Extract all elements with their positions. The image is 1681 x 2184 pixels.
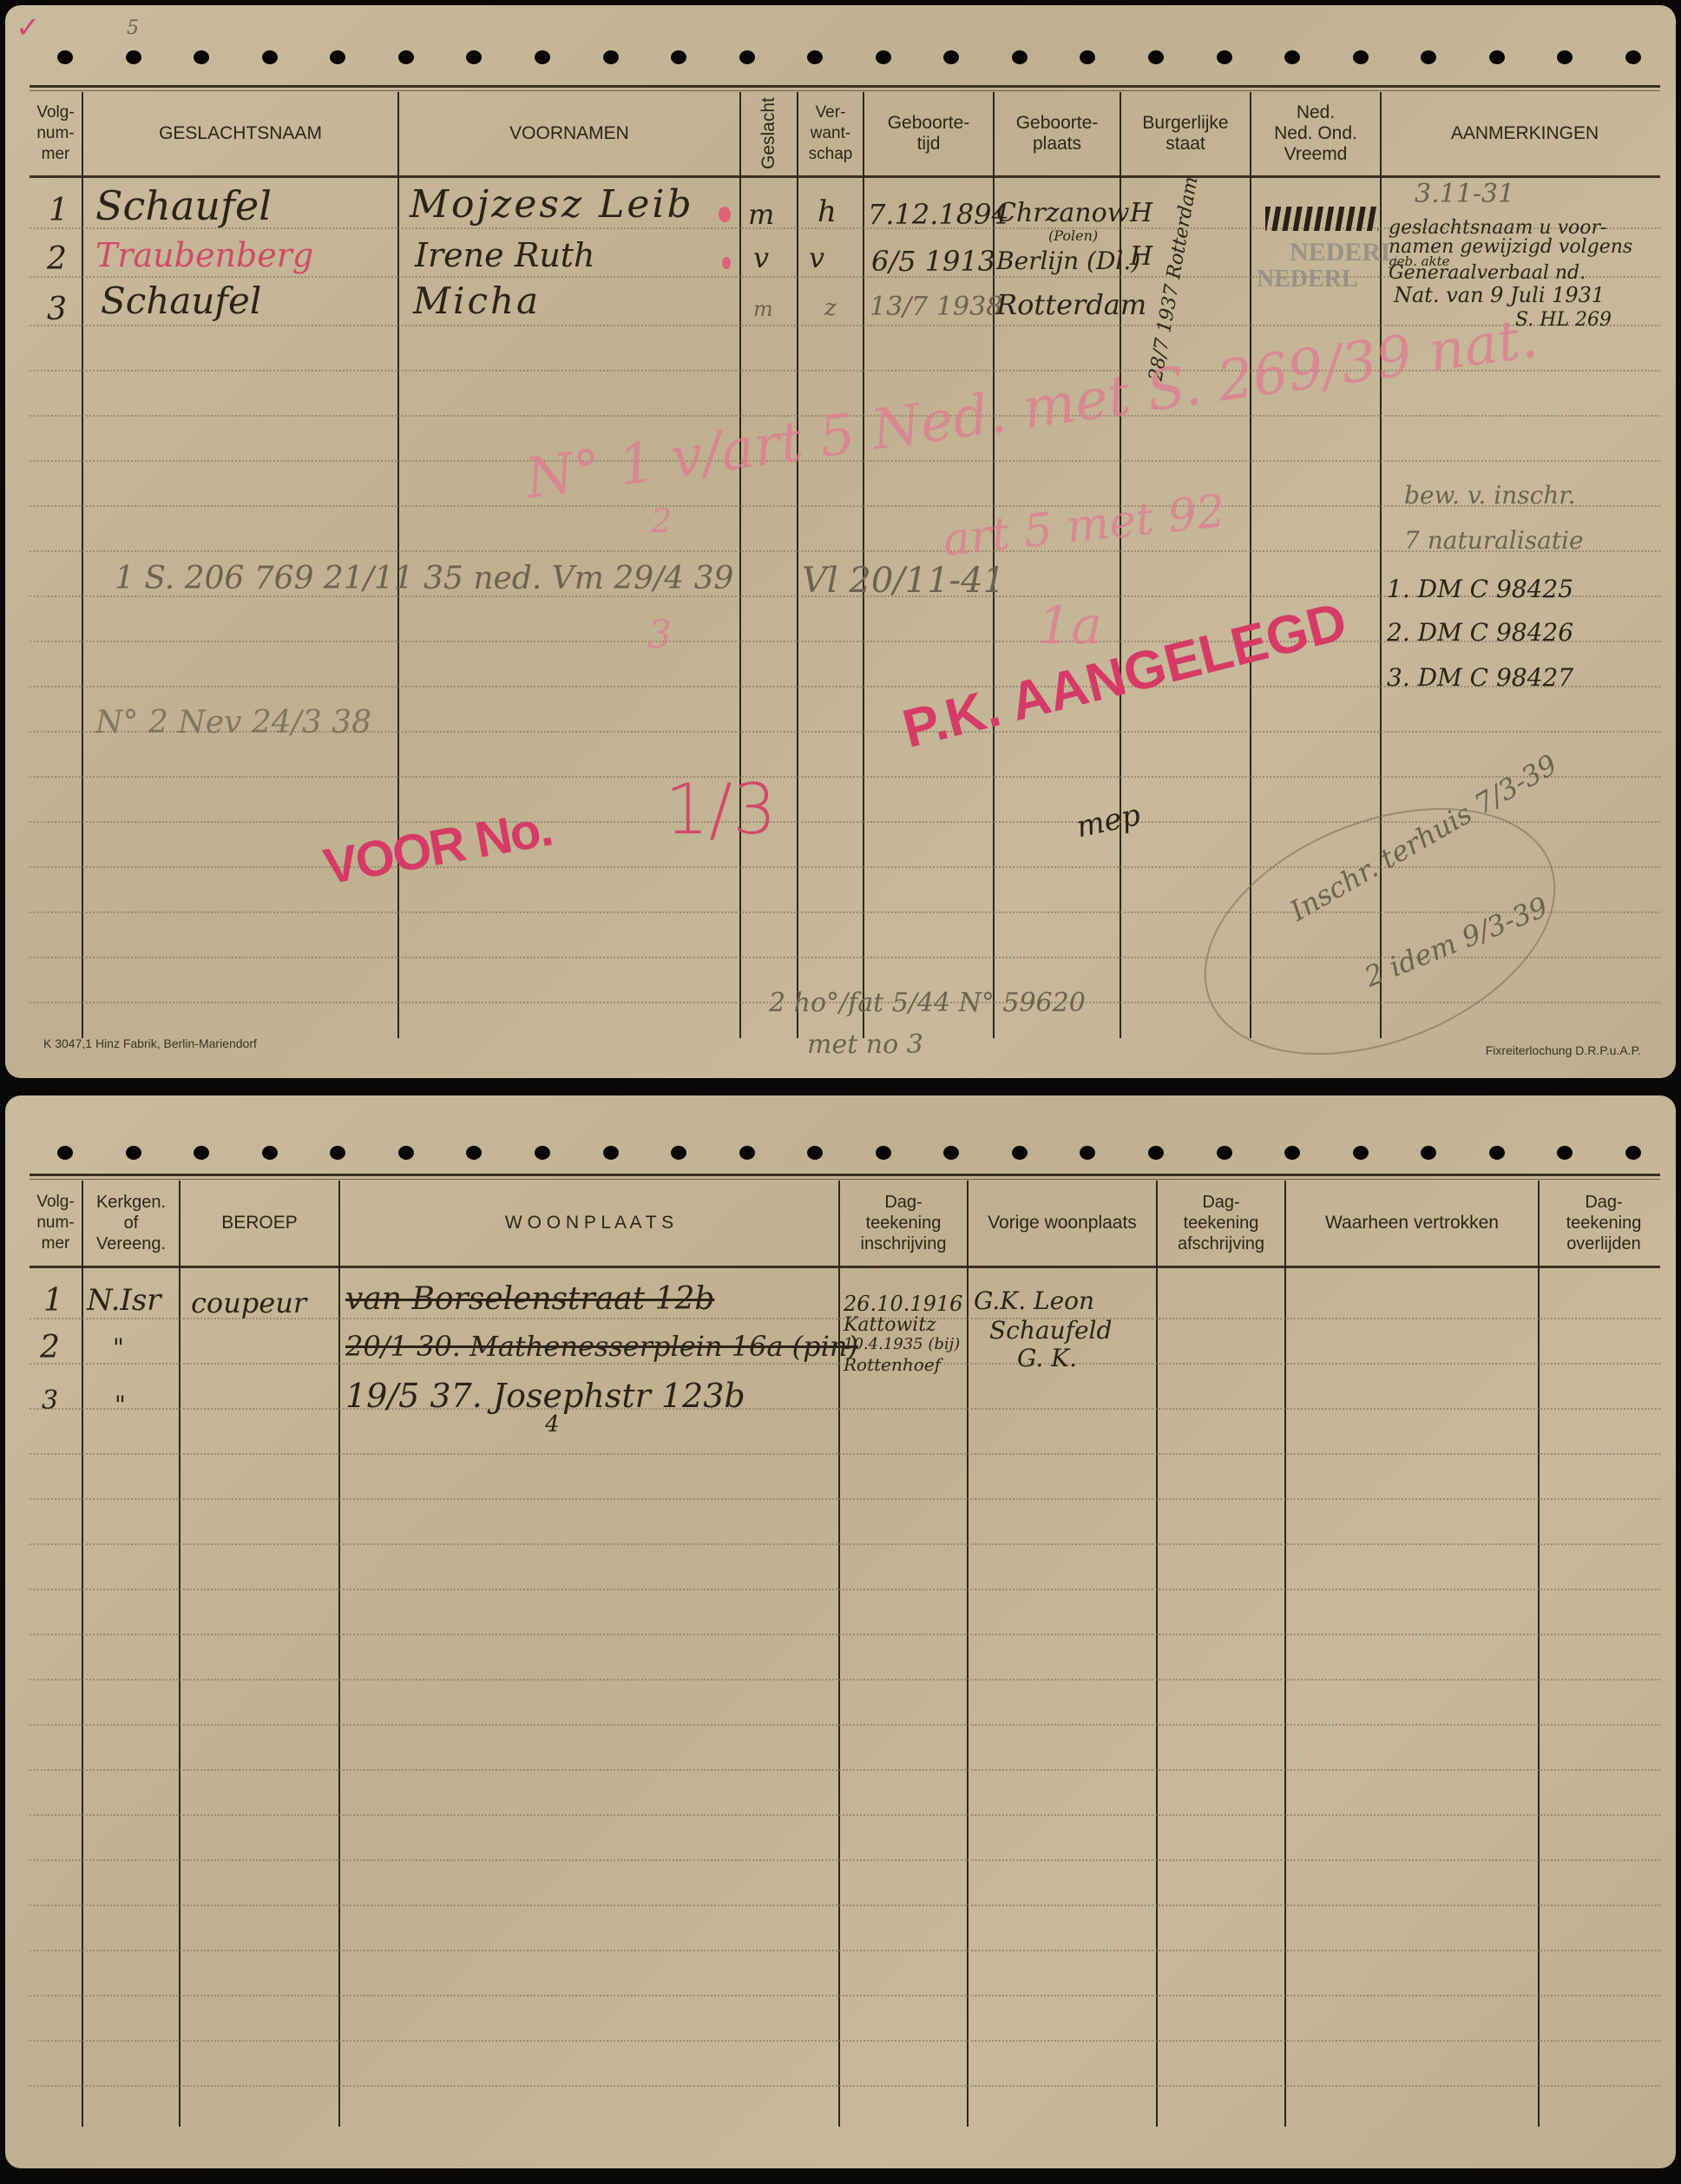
naturalisation-item: 1. DM C 98425	[1387, 575, 1573, 603]
naturalisation-item: 3. DM C 98427	[1387, 663, 1573, 692]
column-divider	[82, 92, 83, 1038]
previous-residence-line: Schaufeld	[989, 1316, 1112, 1345]
inschrijving-line: Rottenhoef	[844, 1354, 941, 1375]
patent-imprint: Fixreiterlochung D.R.P.u.A.P.	[1486, 1043, 1641, 1057]
header-geboortetijd: Geboorte- tijd	[864, 92, 993, 175]
civil-status: H	[1130, 241, 1152, 272]
column-divider	[739, 92, 741, 1038]
voor-no-stamp: VOOR No.	[319, 799, 555, 897]
remarks-line: Generaalverbaal nd.	[1389, 262, 1586, 284]
pencil-annotation: 1 S. 206 769 21/11 35 ned. Vm 29/4 39	[115, 561, 733, 596]
column-divider	[967, 1181, 969, 2127]
naturalisation-header: 7 naturalisatie	[1404, 526, 1584, 555]
red-mark: 1a	[1038, 595, 1102, 656]
address: van Borselenstraat 12b	[345, 1281, 714, 1317]
header-waarheen-vertrokken: Waarheen vertrokken	[1286, 1181, 1538, 1266]
birth-place: Berlijn (Dl.)	[996, 247, 1140, 275]
pencil-annotation: 2 ho°/fat 5/44 N° 59620	[769, 988, 1086, 1018]
punch-holes	[57, 50, 1641, 68]
religion: N.Isr	[87, 1283, 161, 1318]
header-vorige-woonplaats: Vorige woonplaats	[969, 1181, 1156, 1266]
pencil-annotation: mep	[1074, 798, 1144, 845]
red-fraction: 1/3	[665, 769, 777, 850]
column-divider	[179, 1181, 181, 2127]
surname: Traubenberg	[95, 236, 313, 274]
header-beroep: BEROEP	[181, 1181, 338, 1266]
relation: h	[818, 194, 837, 229]
red-annotation-sub: 2	[651, 502, 672, 540]
birth-place-note: (Polen)	[1048, 227, 1098, 244]
header-burgerlijke-staat: Burgerlijke staat	[1121, 92, 1250, 175]
remarks-line: Nat. van 9 Juli 1931	[1394, 283, 1605, 307]
header-top-rule	[30, 85, 1660, 88]
stamp-strokes	[1265, 207, 1378, 231]
pencil-annotation: Vl 20/11-41	[802, 561, 1005, 601]
red-dot-marker	[722, 257, 731, 269]
first-names: Irene Ruth	[415, 236, 595, 274]
column-divider	[338, 1181, 340, 2127]
first-names: Micha	[413, 280, 541, 322]
header-top-rule-thin	[30, 90, 1660, 91]
registration-card-back: Volg- num- mer Kerkgen. of Vereeng. BERO…	[5, 1095, 1676, 2168]
corner-number: 5	[127, 17, 139, 39]
nationality-stamp: NEDERL	[1257, 266, 1358, 293]
sex: m	[753, 297, 773, 321]
address-note: 4	[545, 1411, 560, 1437]
row-number: 2	[47, 241, 67, 277]
header-bottom-rule	[30, 175, 1660, 178]
pencil-annotation: met no 3	[807, 1030, 923, 1060]
header-top-rule	[30, 1174, 1660, 1176]
red-annotation: art 5 met 92	[941, 485, 1228, 567]
row-number: 2	[40, 1330, 60, 1365]
sex: v	[753, 241, 769, 274]
header-aanmerkingen: AANMERKINGEN	[1382, 92, 1668, 175]
header-geslachtsnaam: GESLACHTSNAAM	[83, 92, 397, 175]
header-top-rule-thin	[30, 1179, 1660, 1180]
column-divider	[1538, 1181, 1540, 2127]
red-dot-marker	[719, 207, 731, 222]
relation: v	[809, 241, 824, 274]
check-mark: ✓	[16, 10, 41, 45]
naturalisation-item: 2. DM C 98426	[1387, 618, 1573, 647]
header-voornamen: VOORNAMEN	[399, 92, 739, 175]
pencil-annotation: N° 2 Nev 24/3 38	[95, 705, 371, 740]
header-kerkgenootschap: Kerkgen. of Vereeng.	[83, 1181, 179, 1266]
header-geslacht: Geslacht	[757, 95, 781, 172]
row-number: 3	[47, 292, 67, 327]
previous-residence-line: G.K. Leon	[974, 1286, 1094, 1315]
birth-place: Rotterdam	[996, 288, 1146, 321]
relation: z	[824, 295, 837, 321]
religion: "	[115, 1391, 126, 1419]
column-divider	[1156, 1181, 1158, 2127]
first-names: Mojzesz Leib	[410, 182, 694, 227]
row-number: 1	[49, 193, 69, 228]
header-nationaliteit: Ned. Ned. Ond. Vreemd	[1251, 92, 1380, 175]
red-mark: 3	[647, 613, 672, 657]
printer-imprint: K 3047,1 Hinz Fabrik, Berlin-Mariendorf	[43, 1036, 257, 1050]
column-divider	[82, 1181, 83, 2127]
surname: Schaufel	[95, 182, 272, 229]
column-divider	[1120, 92, 1121, 1038]
column-divider	[797, 92, 798, 1038]
row-number: 1	[43, 1283, 63, 1319]
marriage-note: 28/7 1937 Rotterdam	[1145, 175, 1202, 383]
civil-status: H	[1130, 198, 1152, 228]
address: 20/1 30. Mathenesserplein 16a (pin)	[345, 1330, 858, 1363]
religion: "	[113, 1333, 124, 1362]
column-divider	[1284, 1181, 1286, 2127]
inschrijving-line: Kattowitz	[844, 1314, 936, 1336]
registration-card-front: ✓ 5 Volg- num- mer GESLACHTSNAAM VOORNAM…	[5, 5, 1676, 1078]
red-annotation: N° 1 v/art 5 Ned. met S. 269/39 nat.	[522, 306, 1541, 512]
row-number: 3	[42, 1385, 58, 1416]
birth-date: 13/7 1938	[870, 292, 1002, 322]
sex: m	[748, 198, 774, 231]
inschrijving-line: 10.4.1935 (bij)	[844, 1335, 960, 1353]
header-volgnummer: Volg- num- mer	[30, 92, 82, 175]
header-verwantschap: Ver- want- schap	[798, 92, 863, 175]
header-geboorteplaats: Geboorte- plaats	[995, 92, 1120, 175]
birth-date: 7.12.1894	[868, 198, 1009, 231]
address: 19/5 37. Josephstr 123b	[345, 1377, 745, 1415]
nationality-stamp: NEDERL	[1290, 238, 1398, 267]
occupation: coupeur	[191, 1286, 306, 1319]
header-inschrijving: Dag- teekening inschrijving	[840, 1181, 967, 1266]
header-afschrijving: Dag- teekening afschrijving	[1158, 1181, 1284, 1266]
punch-holes	[57, 1146, 1641, 1163]
header-bottom-rule	[30, 1266, 1660, 1268]
remarks-date: 3.11-31	[1415, 179, 1514, 209]
surname: Schaufel	[101, 280, 261, 322]
header-overlijden: Dag- teekening overlijden	[1540, 1181, 1668, 1266]
pk-aangelegd-stamp: P.K. AANGELEGD	[896, 590, 1352, 760]
inschrijving-line: 26.10.1916	[844, 1292, 962, 1316]
header-woonplaats: W O O N P L A A T S	[340, 1181, 838, 1266]
birth-date: 6/5 1913	[871, 245, 995, 278]
birth-place: Chrzanow	[996, 198, 1129, 228]
column-divider	[838, 1181, 840, 2127]
header-volgnummer: Volg- num- mer	[30, 1181, 82, 1266]
naturalisation-header: bew. v. inschr.	[1404, 481, 1576, 510]
previous-residence-line: G. K.	[1017, 1344, 1077, 1372]
